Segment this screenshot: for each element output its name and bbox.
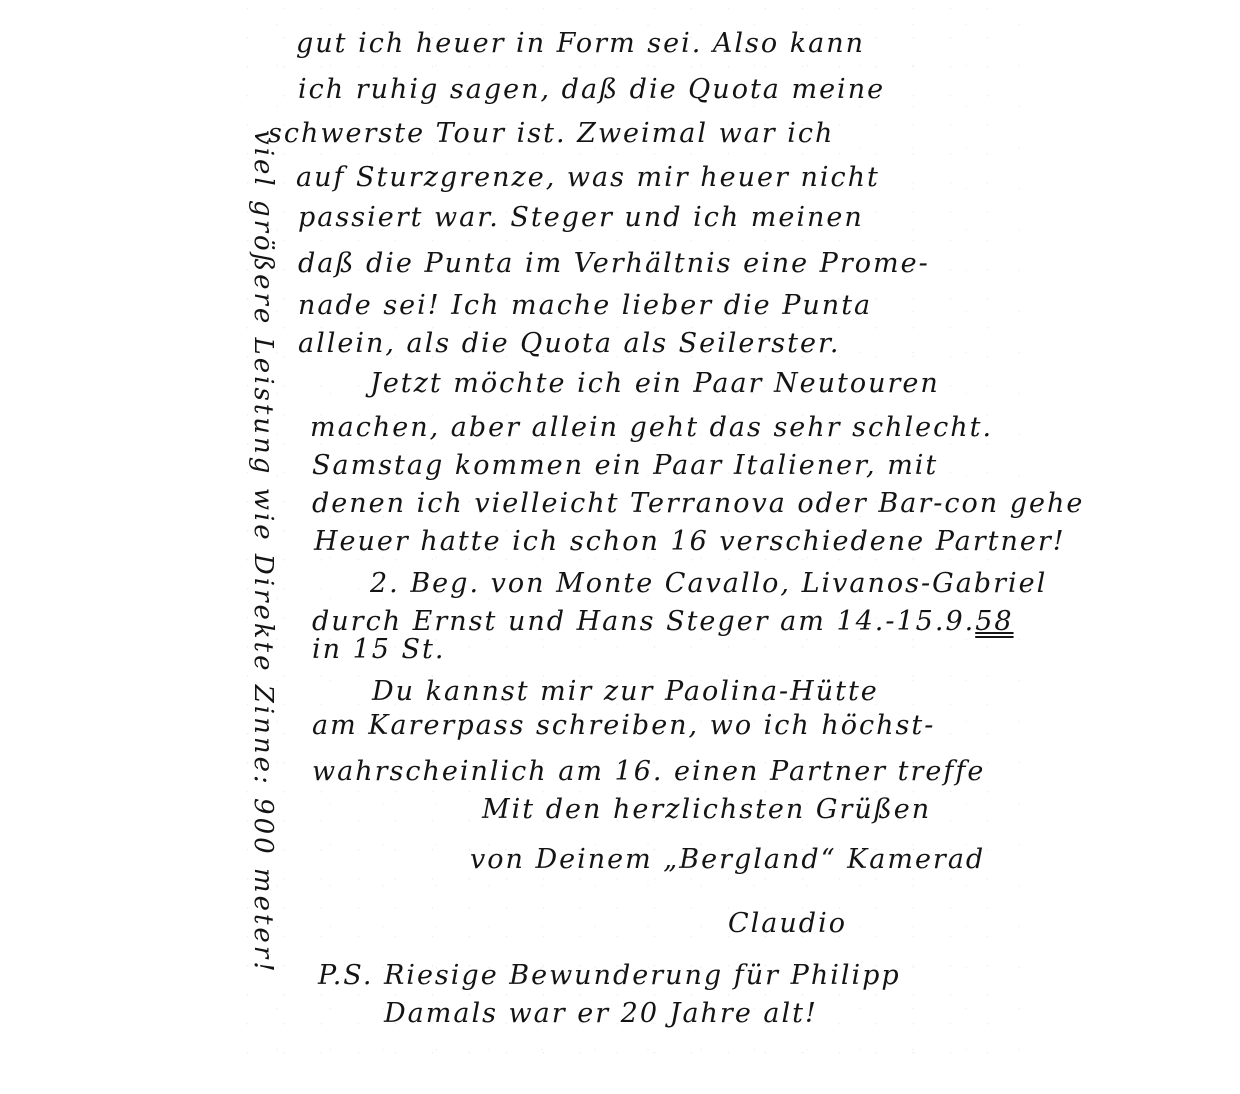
letter-line: nade sei! Ich mache lieber die Punta [298, 292, 872, 319]
letter-line: Jetzt möchte ich ein Paar Neutouren [370, 370, 940, 397]
letter-line: allein, als die Quota als Seilerster. [298, 330, 841, 357]
letter-line: auf Sturzgrenze, was mir heuer nicht [296, 164, 880, 191]
letter-page: viel größere Leistung wie Direkte Zinne:… [0, 0, 1240, 1094]
letter-line: am Karerpass schreiben, wo ich höchst- [312, 712, 935, 739]
letter-line: in 15 St. [312, 636, 445, 663]
letter-line: denen ich vielleicht Terranova oder Bar-… [312, 490, 1084, 517]
margin-note-vertical: viel größere Leistung wie Direkte Zinne:… [248, 130, 278, 975]
underlined-year: 58 [975, 606, 1013, 637]
letter-line: schwerste Tour ist. Zweimal war ich [268, 120, 834, 147]
letter-signature: Claudio [728, 910, 847, 937]
letter-line: machen, aber allein geht das sehr schlec… [310, 414, 993, 441]
letter-line: Heuer hatte ich schon 16 verschiedene Pa… [314, 528, 1066, 555]
letter-line: ich ruhig sagen, daß die Quota meine [298, 76, 885, 103]
letter-line: Du kannst mir zur Paolina-Hütte [372, 678, 879, 705]
letter-line: Samstag kommen ein Paar Italiener, mit [312, 452, 938, 479]
letter-line: durch Ernst und Hans Steger am 14.-15.9.… [312, 608, 1014, 635]
letter-line: gut ich heuer in Form sei. Also kann [296, 30, 865, 57]
letter-line: passiert war. Steger und ich meinen [298, 204, 864, 231]
letter-line: wahrscheinlich am 16. einen Partner tref… [312, 758, 985, 785]
letter-line-text: durch Ernst und Hans Steger am 14.-15.9. [312, 606, 975, 637]
letter-line: daß die Punta im Verhältnis eine Prome- [298, 250, 930, 277]
postscript-line: P.S. Riesige Bewunderung für Philipp [318, 962, 901, 989]
letter-line: 2. Beg. von Monte Cavallo, Livanos-Gabri… [370, 570, 1047, 597]
letter-closing: Mit den herzlichsten Grüßen [482, 796, 931, 823]
postscript-line: Damals war er 20 Jahre alt! [384, 1000, 818, 1027]
letter-closing: von Deinem „Bergland“ Kamerad [470, 846, 985, 873]
